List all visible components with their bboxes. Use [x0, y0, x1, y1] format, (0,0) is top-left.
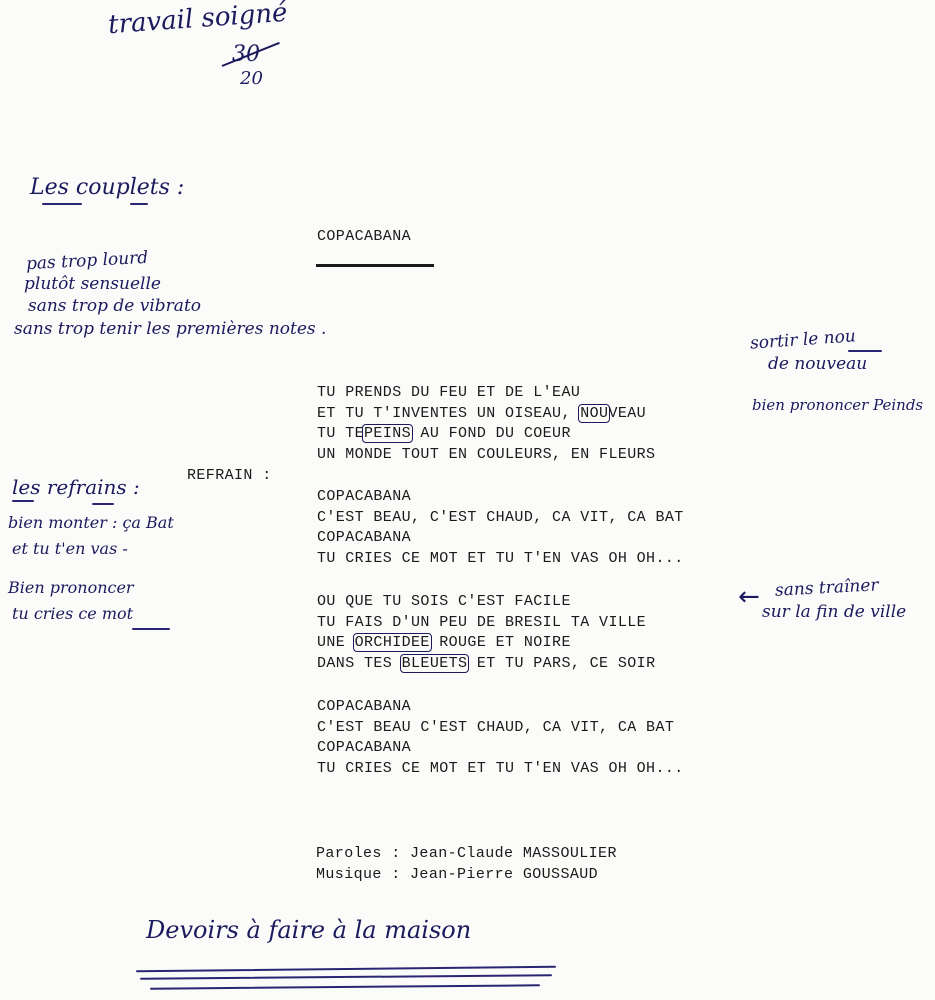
couplets-note-4: sans trop tenir les premières notes .	[14, 321, 326, 338]
refrain-2-line-2: C'EST BEAU C'EST CHAUD, CA VIT, CA BAT	[317, 718, 684, 739]
note-sans-trainer-1: sans traîner	[775, 577, 879, 599]
grade-comment: travail soigné	[107, 0, 288, 38]
note-peinds: bien prononcer Peinds	[752, 398, 923, 413]
verse-2-line-4: DANS TES BLEUETS ET TU PARS, CE SOIR	[317, 654, 655, 675]
verse-2-line-1: OU QUE TU SOIS C'EST FACILE	[317, 592, 655, 613]
couplets-note-3: sans trop de vibrato	[28, 298, 201, 315]
couplets-heading: Les couplets :	[30, 177, 184, 199]
credits: Paroles : Jean-Claude MASSOULIERMusique …	[316, 823, 617, 906]
footer-underline-1	[136, 966, 556, 972]
verse-1-line-1: TU PRENDS DU FEU ET DE L'EAU	[317, 383, 655, 404]
verse-2-line-2: TU FAIS D'UN PEU DE BRESIL TA VILLE	[317, 613, 655, 634]
boxed-word-peins: PEINS	[362, 424, 413, 443]
mot-underline	[132, 628, 170, 630]
note-sans-trainer-2: sur la fin de ville	[762, 604, 906, 621]
refrain-1-line-3: COPACABANA	[317, 528, 684, 549]
couplets-note-2: plutôt sensuelle	[24, 276, 161, 293]
verse-2-line-3: UNE ORCHIDEE ROUGE ET NOIRE	[317, 633, 655, 654]
arrow-left-icon: ←	[738, 584, 760, 610]
refrains-note-2: et tu t'en vas -	[12, 541, 128, 557]
refrain-1-line-2: C'EST BEAU, C'EST CHAUD, CA VIT, CA BAT	[317, 508, 684, 529]
couplets-underline-2	[130, 203, 148, 205]
refrains-underline-2	[92, 503, 114, 505]
refrains-underline	[12, 500, 34, 502]
refrain-2-line-3: COPACABANA	[317, 738, 684, 759]
pronounce-note-1: Bien prononcer	[8, 580, 134, 596]
refrain-label: REFRAIN :	[187, 466, 272, 487]
note-sortir-nou-1: sortir le nou	[750, 328, 857, 352]
note-sortir-nou-2: de nouveau	[768, 356, 867, 373]
boxed-word-bleuets: BLEUETS	[400, 654, 470, 673]
boxed-word-nou: NOU	[578, 404, 610, 423]
refrain-1-line-1: COPACABANA	[317, 487, 684, 508]
couplets-note-1: pas trop lourd	[26, 250, 149, 273]
grade-out-of: 20	[240, 70, 263, 88]
refrain-2: COPACABANAC'EST BEAU C'EST CHAUD, CA VIT…	[317, 676, 684, 801]
verse-1-line-4: UN MONDE TOUT EN COULEURS, EN FLEURS	[317, 445, 655, 466]
couplets-underline	[42, 203, 82, 205]
title-underline	[316, 264, 434, 267]
nou-underline	[848, 350, 882, 352]
refrain-2-line-4: TU CRIES CE MOT ET TU T'EN VAS OH OH...	[317, 759, 684, 780]
refrain-2-line-1: COPACABANA	[317, 697, 684, 718]
verse-1-line-2: ET TU T'INVENTES UN OISEAU, NOUVEAU	[317, 404, 655, 425]
footer-underline-3	[150, 984, 540, 989]
refrain-1-line-4: TU CRIES CE MOT ET TU T'EN VAS OH OH...	[317, 549, 684, 570]
footer-note: Devoirs à faire à la maison	[146, 918, 471, 942]
refrains-note-1: bien monter : ça Bat	[8, 515, 174, 531]
verse-1-line-3: TU TEPEINS AU FOND DU COEUR	[317, 424, 655, 445]
credits-lyrics: Paroles : Jean-Claude MASSOULIER	[316, 844, 617, 865]
footer-underline-2	[140, 974, 552, 980]
refrains-heading: les refrains :	[12, 477, 140, 497]
boxed-word-orchidee: ORCHIDEE	[353, 633, 432, 652]
song-title: COPACABANA	[317, 227, 411, 248]
credits-music: Musique : Jean-Pierre GOUSSAUD	[316, 865, 617, 886]
pronounce-note-2: tu cries ce mot	[12, 606, 133, 622]
